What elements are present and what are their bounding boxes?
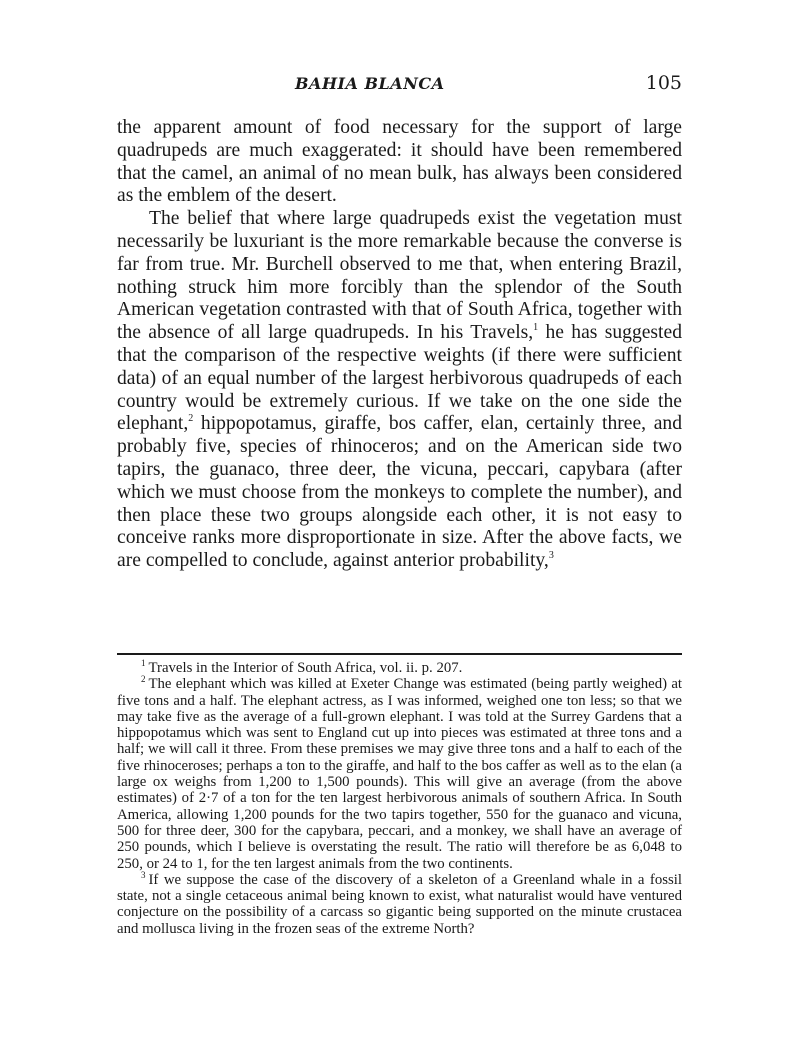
running-title: BAHIA BLANCA bbox=[295, 74, 444, 93]
page-number: 105 bbox=[646, 72, 682, 94]
running-head: BAHIA BLANCA 105 bbox=[117, 74, 682, 98]
paragraph-1: the apparent amount of food necessary fo… bbox=[117, 117, 682, 208]
footnote-1: 1Travels in the Interior of South Africa… bbox=[117, 660, 682, 676]
footnote-2: 2The elephant which was killed at Exeter… bbox=[117, 676, 682, 872]
footnote-3: 3If we suppose the case of the discovery… bbox=[117, 872, 682, 937]
footnote-mark-3: 3 bbox=[141, 870, 146, 880]
footnotes: 1Travels in the Interior of South Africa… bbox=[117, 660, 682, 937]
footnote-mark-2: 2 bbox=[141, 674, 146, 684]
footnote-ref-3[interactable]: 3 bbox=[549, 550, 554, 561]
footnote-divider bbox=[117, 653, 682, 655]
paragraph-2: The belief that where large quadrupeds e… bbox=[117, 208, 682, 573]
body-text: the apparent amount of food necessary fo… bbox=[117, 117, 682, 573]
footnote-text-1: Travels in the Interior of South Africa,… bbox=[149, 660, 463, 676]
footnote-text-3: If we suppose the case of the discovery … bbox=[117, 872, 682, 937]
footnote-mark-1: 1 bbox=[141, 658, 146, 668]
paragraph-2-part-3: hippopotamus, giraffe, bos caffer, elan,… bbox=[117, 413, 682, 571]
footnote-text-2: The elephant which was killed at Exeter … bbox=[117, 676, 682, 871]
